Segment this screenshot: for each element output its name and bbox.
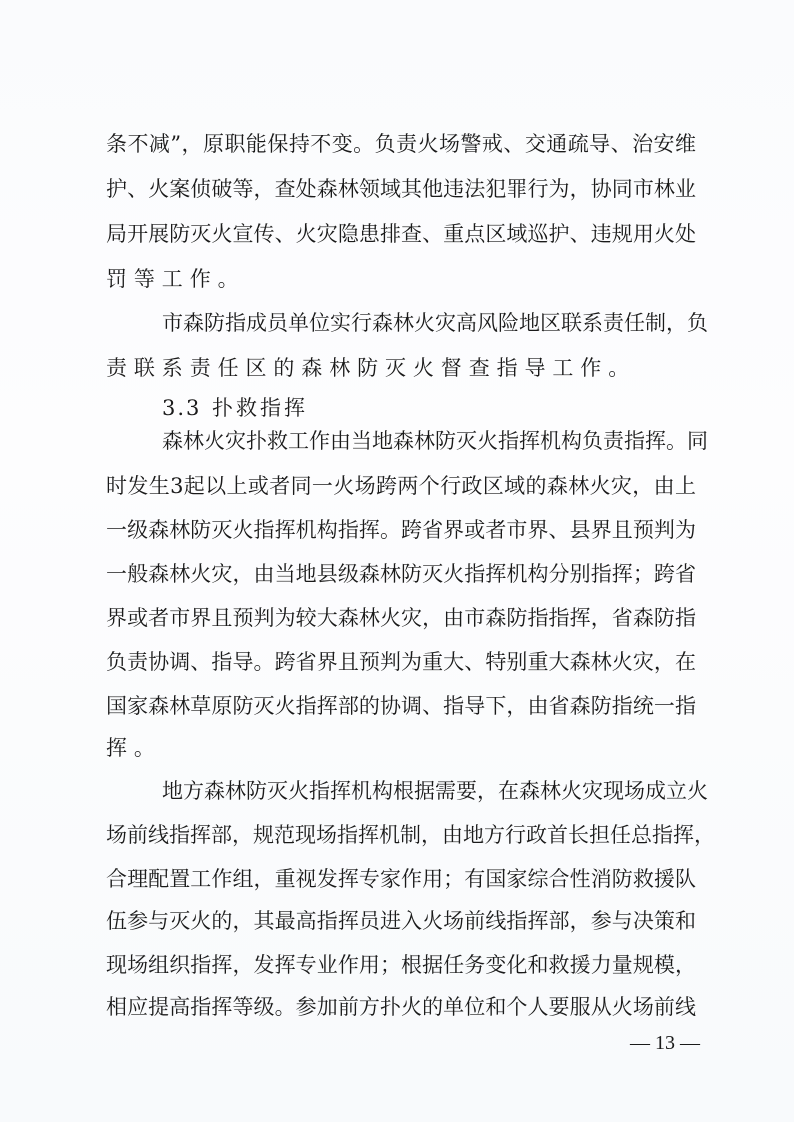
paragraph-line: 时发生3起以上或者同一火场跨两个行政区域的森林火灾，由上 (106, 465, 696, 508)
paragraph-line: 一级森林防灭火指挥机构指挥。跨省界或者市界、县界且预判为 (106, 509, 696, 552)
paragraph-line: 罚等工作。 (106, 258, 246, 301)
paragraph-line: 条不减”，原职能保持不变。负责火场警戒、交通疏导、治安维 (106, 123, 696, 166)
paragraph-line: 地方森林防灭火指挥机构根据需要，在森林火灾现场成立火 (162, 770, 696, 813)
paragraph-line: 责联系责任区的森林防灭火督查指导工作。 (106, 347, 636, 390)
paragraph-line: 局开展防灭火宣传、火灾隐患排查、重点区域巡护、违规用火处 (106, 213, 696, 256)
paragraph-line: 国家森林草原防灭火指挥部的协调、指导下，由省森防指统一指 (106, 685, 696, 728)
paragraph-line: 护、火案侦破等，查处森林领域其他违法犯罪行为，协同市林业 (106, 168, 696, 211)
paragraph-line: 相应提高指挥等级。参加前方扑火的单位和个人要服从火场前线 (106, 986, 696, 1029)
paragraph-line: 挥。 (106, 727, 162, 770)
section-title: 扑救指挥 (212, 396, 308, 420)
paragraph-line: 界或者市界且预判为较大森林火灾，由市森防指指挥，省森防指 (106, 597, 696, 640)
paragraph-line: 一般森林火灾，由当地县级森林防灭火指挥机构分别指挥；跨省 (106, 553, 696, 596)
paragraph-line: 场前线指挥部，规范现场指挥机制，由地方行政首长担任总指挥， (106, 814, 696, 857)
paragraph-line: 负责协调、指导。跨省界且预判为重大、特别重大森林火灾，在 (106, 641, 696, 684)
paragraph-line: 现场组织指挥，发挥专业作用；根据任务变化和救援力量规模， (106, 944, 696, 987)
paragraph-line: 伍参与灭火的，其最高指挥员进入火场前线指挥部，参与决策和 (106, 900, 696, 943)
paragraph-line: 市森防指成员单位实行森林火灾高风险地区联系责任制，负 (162, 302, 696, 345)
paragraph-line: 合理配置工作组，重视发挥专家作用；有国家综合性消防救援队 (106, 858, 696, 901)
page-number: — 13 — (630, 1029, 700, 1057)
document-page: 条不减”，原职能保持不变。负责火场警戒、交通疏导、治安维 护、火案侦破等，查处森… (0, 0, 794, 1122)
paragraph-line: 森林火灾扑救工作由当地森林防灭火指挥机构负责指挥。同 (162, 420, 696, 463)
